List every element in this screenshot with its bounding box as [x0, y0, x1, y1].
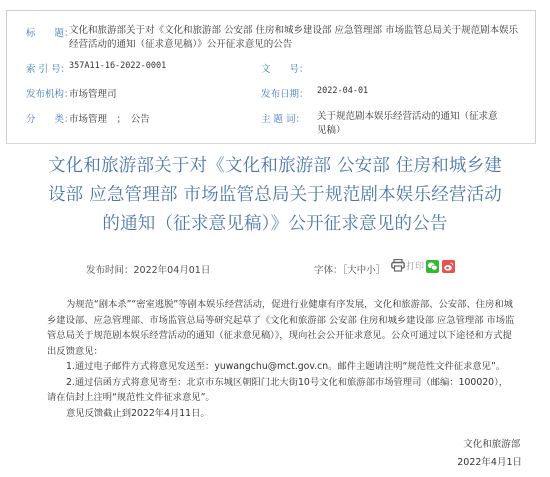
font-size-control[interactable]: 字体：［大中小］ [314, 262, 385, 276]
publisher-value: 市场管理司 [69, 86, 117, 100]
publish-date-value: 2022-04-01 [317, 86, 368, 96]
category-label: 分 类： [26, 111, 74, 125]
wechat-icon [426, 260, 439, 273]
body-paragraph: 为规范“剧本杀”“密室逃脱”等剧本娱乐经营活动，促进行业健康有序发展，文化和旅游… [47, 297, 515, 359]
article-title: 文化和旅游部关于对《文化和旅游部 公安部 住房和城乡建设部 应急管理部 市场监管… [40, 152, 510, 239]
share-wechat-button[interactable] [426, 260, 439, 273]
body-paragraph-deadline: 意见反馈截止到2022年4月11日。 [47, 406, 515, 422]
body-paragraph-email: 1.通过电子邮件方式将意见发送至：yuwangchu@mct.gov.cn。邮件… [47, 359, 515, 375]
printer-icon [391, 259, 405, 272]
category-value: 市场管理 ； 公告 [69, 111, 150, 125]
title-label: 标 题： [26, 25, 74, 39]
document-number-label: 文 号： [261, 61, 309, 75]
index-number-label: 索 引 号： [26, 61, 70, 75]
publisher-label: 发布机构： [26, 86, 74, 100]
document-metadata-box: 标 题： 文化和旅游部关于对《文化和旅游部 公安部 住房和城乡建设部 应急管理部… [6, 10, 536, 144]
article-body: 为规范“剧本杀”“密室逃脱”等剧本娱乐经营活动，促进行业健康有序发展，文化和旅游… [47, 297, 515, 421]
publish-date-label: 发布日期： [261, 86, 309, 100]
keywords-label: 主 题 词： [261, 111, 305, 125]
weibo-icon [442, 260, 455, 273]
signature-date: 2022年4月1日 [457, 454, 522, 472]
keywords-value: 关于规范剧本娱乐经营活动的通知（征求意见稿） [317, 110, 503, 138]
title-value: 文化和旅游部关于对《文化和旅游部 公安部 住房和城乡建设部 应急管理部 市场监管… [69, 24, 524, 52]
body-paragraph-mail: 2.通过信函方式将意见寄至：北京市东城区朝阳门北大街10号文化和旅游部市场管理司… [47, 375, 515, 406]
article-toolbar: 发布时间：2022年04月01日 字体：［大中小］ 打印 [0, 262, 550, 278]
print-button[interactable]: 打印 [391, 259, 424, 272]
signature-organization: 文化和旅游部 [457, 436, 522, 454]
publish-time: 发布时间：2022年04月01日 [86, 262, 210, 276]
share-weibo-button[interactable] [442, 260, 455, 273]
index-number-value: 357A11-16-2022-0001 [69, 61, 166, 71]
print-label: 打印 [406, 259, 424, 272]
signature-block: 文化和旅游部 2022年4月1日 [457, 436, 522, 472]
